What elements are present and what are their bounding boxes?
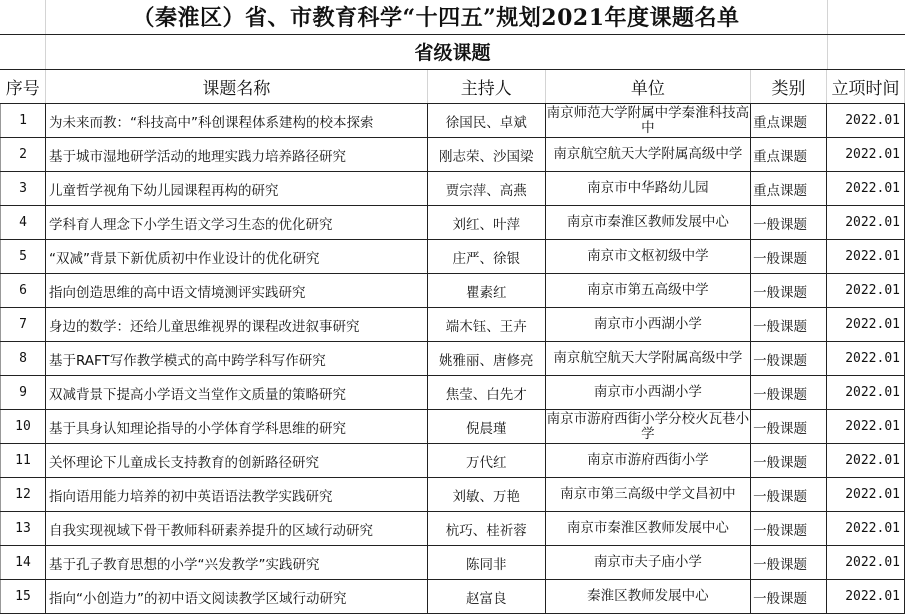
header-unit: 单位 (545, 70, 750, 104)
cell-unit[interactable]: 南京航空航天大学附属高级中学 (545, 138, 750, 172)
cell-unit[interactable]: 南京市夫子庙小学 (545, 546, 750, 580)
header-row: 序号 课题名称 主持人 单位 类别 立项时间 (1, 70, 905, 104)
cell-host[interactable]: 陈同非 (427, 546, 545, 580)
title-row: （秦淮区）省、市教育科学“十四五”规划2021年度课题名单 (0, 0, 905, 35)
table-row: 7身边的数学：还给儿童思维视界的课程改进叙事研究端木钰、王卉南京市小西湖小学一般… (1, 308, 905, 342)
cell-date[interactable]: 2022.01 (826, 478, 904, 512)
cell-no[interactable]: 12 (1, 478, 46, 512)
cell-type[interactable]: 一般课题 (751, 206, 827, 240)
table-row: 4学科育人理念下小学生语文学习生态的优化研究刘红、叶萍南京市秦淮区教师发展中心一… (1, 206, 905, 240)
cell-no[interactable]: 3 (1, 172, 46, 206)
cell-host[interactable]: 徐国民、卓斌 (427, 104, 545, 138)
cell-title[interactable]: 自我实现视域下骨干教师科研素养提升的区域行动研究 (45, 512, 427, 546)
cell-host[interactable]: 万代红 (427, 444, 545, 478)
cell-title[interactable]: 指向创造思维的高中语文情境测评实践研究 (45, 274, 427, 308)
cell-date[interactable]: 2022.01 (826, 206, 904, 240)
cell-title[interactable]: 身边的数学：还给儿童思维视界的课程改进叙事研究 (45, 308, 427, 342)
table-row: 6指向创造思维的高中语文情境测评实践研究瞿素红南京市第五高级中学一般课题2022… (1, 274, 905, 308)
cell-date[interactable]: 2022.01 (826, 104, 904, 138)
cell-date[interactable]: 2022.01 (826, 512, 904, 546)
cell-no[interactable]: 2 (1, 138, 46, 172)
cell-host[interactable]: 赵富良 (427, 580, 545, 614)
cell-no[interactable]: 7 (1, 308, 46, 342)
table-row: 3儿童哲学视角下幼儿园课程再构的研究贾宗萍、高燕南京市中华路幼儿园重点课题202… (1, 172, 905, 206)
header-type: 类别 (751, 70, 827, 104)
cell-date[interactable]: 2022.01 (826, 580, 904, 614)
table-row: 13自我实现视域下骨干教师科研素养提升的区域行动研究杭巧、桂祈蓉南京市秦淮区教师… (1, 512, 905, 546)
cell-type[interactable]: 一般课题 (751, 410, 827, 444)
cell-type[interactable]: 一般课题 (751, 546, 827, 580)
cell-title[interactable]: 双减背景下提高小学语文当堂作文质量的策略研究 (45, 376, 427, 410)
cell-no[interactable]: 5 (1, 240, 46, 274)
cell-unit[interactable]: 南京市秦淮区教师发展中心 (545, 512, 750, 546)
table-row: 11关怀理论下儿童成长支持教育的创新路径研究万代红南京市游府西街小学一般课题20… (1, 444, 905, 478)
table-row: 12指向语用能力培养的初中英语语法教学实践研究刘敏、万艳南京市第三高级中学文昌初… (1, 478, 905, 512)
cell-unit[interactable]: 南京航空航天大学附属高级中学 (545, 342, 750, 376)
cell-date[interactable]: 2022.01 (826, 546, 904, 580)
cell-host[interactable]: 杭巧、桂祈蓉 (427, 512, 545, 546)
cell-unit[interactable]: 南京市文枢初级中学 (545, 240, 750, 274)
cell-type[interactable]: 一般课题 (751, 240, 827, 274)
cell-title[interactable]: 儿童哲学视角下幼儿园课程再构的研究 (45, 172, 427, 206)
table-row: 15指向“小创造力”的初中语文阅读教学区域行动研究赵富良秦淮区教师发展中心一般课… (1, 580, 905, 614)
cell-no[interactable]: 4 (1, 206, 46, 240)
cell-no[interactable]: 9 (1, 376, 46, 410)
cell-no[interactable]: 15 (1, 580, 46, 614)
cell-title[interactable]: 指向“小创造力”的初中语文阅读教学区域行动研究 (45, 580, 427, 614)
cell-no[interactable]: 10 (1, 410, 46, 444)
cell-type[interactable]: 一般课题 (751, 478, 827, 512)
cell-date[interactable]: 2022.01 (826, 376, 904, 410)
cell-unit[interactable]: 南京市游府西街小学分校火瓦巷小学 (545, 410, 750, 444)
cell-date[interactable]: 2022.01 (826, 172, 904, 206)
table-row: 14基于孔子教育思想的小学“兴发教学”实践研究陈同非南京市夫子庙小学一般课题20… (1, 546, 905, 580)
cell-host[interactable]: 焦莹、白先才 (427, 376, 545, 410)
cell-host[interactable]: 端木钰、王卉 (427, 308, 545, 342)
cell-no[interactable]: 1 (1, 104, 46, 138)
section-row: 省级课题 (0, 35, 905, 70)
cell-no[interactable]: 14 (1, 546, 46, 580)
table-row: 5“双减”背景下新优质初中作业设计的优化研究庄严、徐银南京市文枢初级中学一般课题… (1, 240, 905, 274)
section-title: 省级课题 (0, 35, 905, 69)
cell-title[interactable]: 关怀理论下儿童成长支持教育的创新路径研究 (45, 444, 427, 478)
project-table: 序号 课题名称 主持人 单位 类别 立项时间 1为未来而教：“科技高中”科创课程… (0, 70, 905, 614)
cell-title[interactable]: 学科育人理念下小学生语文学习生态的优化研究 (45, 206, 427, 240)
document-title: （秦淮区）省、市教育科学“十四五”规划2021年度课题名单 (45, 0, 827, 34)
cell-unit[interactable]: 南京市中华路幼儿园 (545, 172, 750, 206)
cell-title[interactable]: 基于孔子教育思想的小学“兴发教学”实践研究 (45, 546, 427, 580)
header-date: 立项时间 (826, 70, 904, 104)
cell-unit[interactable]: 南京市游府西街小学 (545, 444, 750, 478)
cell-type[interactable]: 一般课题 (751, 342, 827, 376)
cell-title[interactable]: “双减”背景下新优质初中作业设计的优化研究 (45, 240, 427, 274)
cell-date[interactable]: 2022.01 (826, 342, 904, 376)
cell-title[interactable]: 基于城市湿地研学活动的地理实践力培养路径研究 (45, 138, 427, 172)
cell-type[interactable]: 重点课题 (751, 138, 827, 172)
cell-date[interactable]: 2022.01 (826, 444, 904, 478)
cell-host[interactable]: 贾宗萍、高燕 (427, 172, 545, 206)
cell-date[interactable]: 2022.01 (826, 308, 904, 342)
cell-unit[interactable]: 南京师范大学附属中学秦淮科技高中 (545, 104, 750, 138)
table-row: 9双减背景下提高小学语文当堂作文质量的策略研究焦莹、白先才南京市小西湖小学一般课… (1, 376, 905, 410)
cell-no[interactable]: 6 (1, 274, 46, 308)
cell-host[interactable]: 刘敏、万艳 (427, 478, 545, 512)
table-row: 1为未来而教：“科技高中”科创课程体系建构的校本探索徐国民、卓斌南京师范大学附属… (1, 104, 905, 138)
table-row: 8基于RAFT写作教学模式的高中跨学科写作研究姚雅丽、唐修亮南京航空航天大学附属… (1, 342, 905, 376)
cell-host[interactable]: 刚志荣、沙国梁 (427, 138, 545, 172)
cell-unit[interactable]: 南京市小西湖小学 (545, 308, 750, 342)
cell-date[interactable]: 2022.01 (826, 240, 904, 274)
cell-type[interactable]: 一般课题 (751, 444, 827, 478)
cell-host[interactable]: 刘红、叶萍 (427, 206, 545, 240)
cell-date[interactable]: 2022.01 (826, 410, 904, 444)
spreadsheet: （秦淮区）省、市教育科学“十四五”规划2021年度课题名单 省级课题 序号 课题… (0, 0, 905, 614)
gridline (827, 0, 828, 34)
cell-no[interactable]: 13 (1, 512, 46, 546)
cell-type[interactable]: 重点课题 (751, 104, 827, 138)
cell-date[interactable]: 2022.01 (826, 138, 904, 172)
cell-no[interactable]: 11 (1, 444, 46, 478)
cell-host[interactable]: 庄严、徐银 (427, 240, 545, 274)
cell-type[interactable]: 一般课题 (751, 274, 827, 308)
table-row: 10基于具身认知理论指导的小学体育学科思维的研究倪晨瑾南京市游府西街小学分校火瓦… (1, 410, 905, 444)
cell-type[interactable]: 重点课题 (751, 172, 827, 206)
header-no: 序号 (1, 70, 46, 104)
header-host: 主持人 (427, 70, 545, 104)
cell-unit[interactable]: 秦淮区教师发展中心 (545, 580, 750, 614)
cell-title[interactable]: 基于具身认知理论指导的小学体育学科思维的研究 (45, 410, 427, 444)
cell-title[interactable]: 为未来而教：“科技高中”科创课程体系建构的校本探索 (45, 104, 427, 138)
cell-unit[interactable]: 南京市第三高级中学文昌初中 (545, 478, 750, 512)
cell-type[interactable]: 一般课题 (751, 376, 827, 410)
cell-title[interactable]: 基于RAFT写作教学模式的高中跨学科写作研究 (45, 342, 427, 376)
cell-type[interactable]: 一般课题 (751, 308, 827, 342)
cell-host[interactable]: 瞿素红 (427, 274, 545, 308)
cell-type[interactable]: 一般课题 (751, 512, 827, 546)
cell-host[interactable]: 姚雅丽、唐修亮 (427, 342, 545, 376)
cell-unit[interactable]: 南京市秦淮区教师发展中心 (545, 206, 750, 240)
header-title: 课题名称 (45, 70, 427, 104)
cell-no[interactable]: 8 (1, 342, 46, 376)
cell-unit[interactable]: 南京市第五高级中学 (545, 274, 750, 308)
cell-date[interactable]: 2022.01 (826, 274, 904, 308)
cell-title[interactable]: 指向语用能力培养的初中英语语法教学实践研究 (45, 478, 427, 512)
cell-unit[interactable]: 南京市小西湖小学 (545, 376, 750, 410)
table-row: 2基于城市湿地研学活动的地理实践力培养路径研究刚志荣、沙国梁南京航空航天大学附属… (1, 138, 905, 172)
cell-host[interactable]: 倪晨瑾 (427, 410, 545, 444)
cell-type[interactable]: 一般课题 (751, 580, 827, 614)
